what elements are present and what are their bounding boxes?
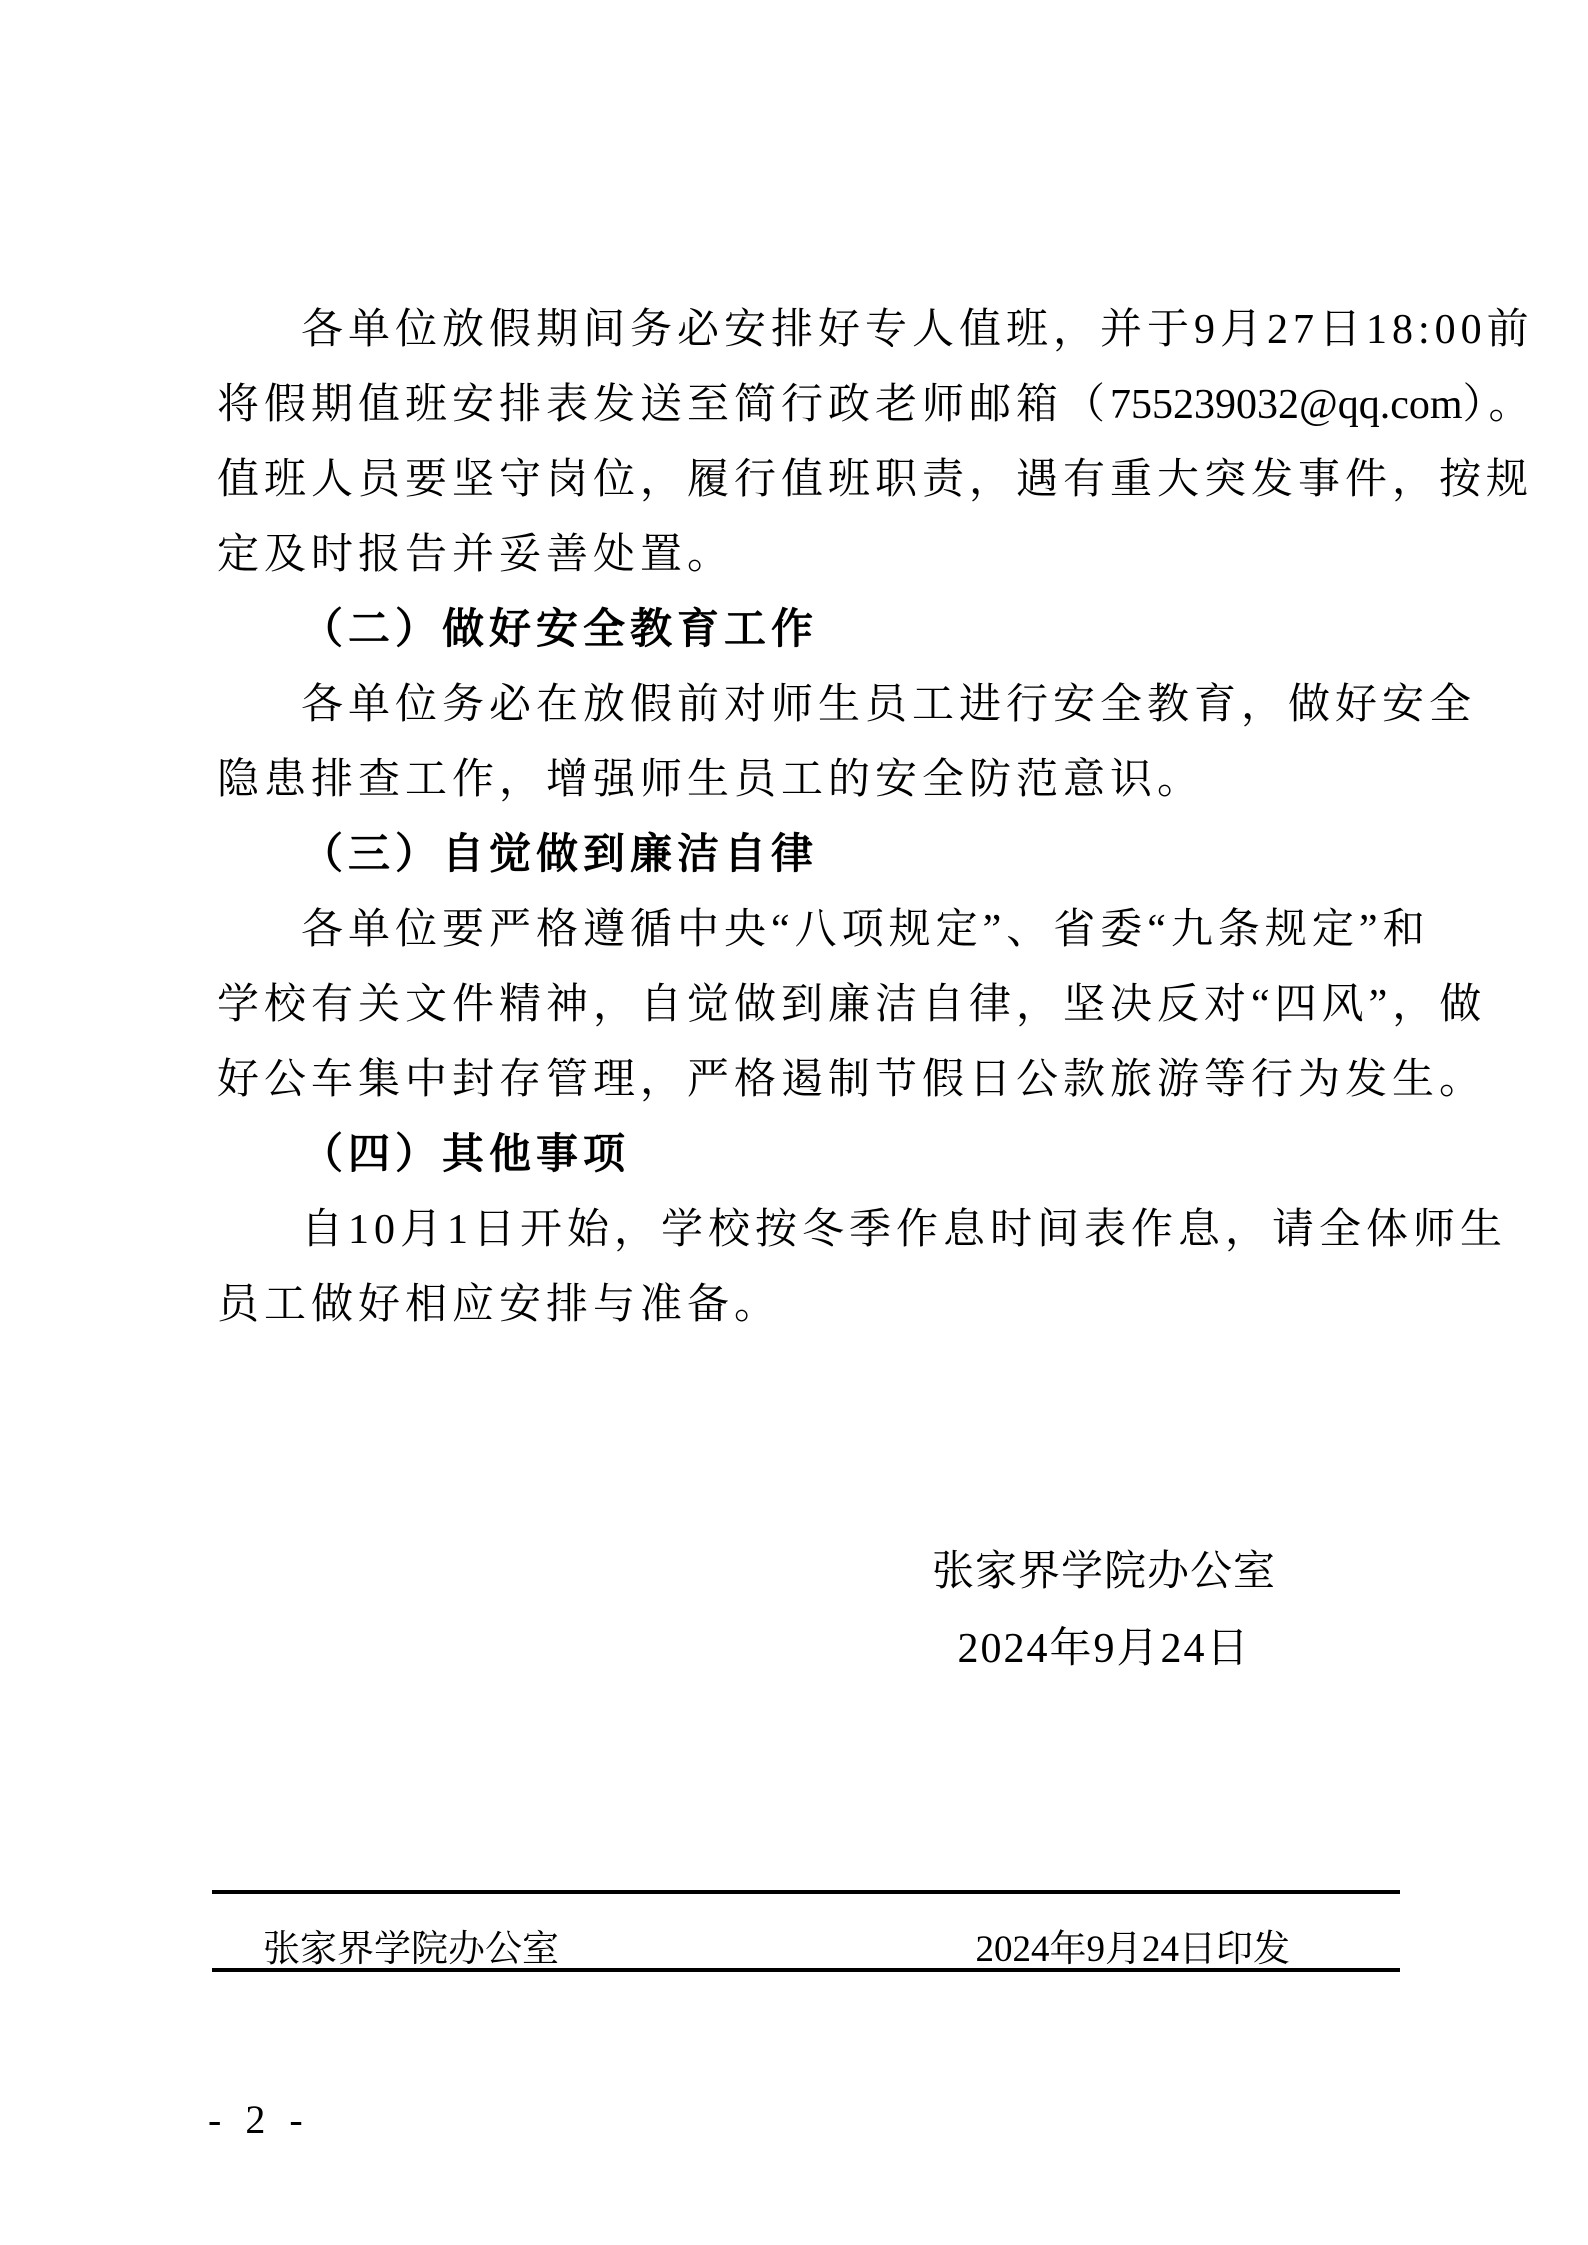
signature-block: 张家界学院办公室 2024年9月24日 <box>930 1534 1278 1688</box>
paragraph-line: 各单位务必在放假前对师生员工进行安全教育，做好安全 <box>217 668 1517 743</box>
section-heading-3: （三）自觉做到廉洁自律 <box>217 818 1517 893</box>
paragraph-line: 定及时报告并妥善处置。 <box>217 518 1517 593</box>
page-number: - 2 - <box>208 2096 310 2143</box>
footer-rule-bottom <box>212 1968 1400 1972</box>
paragraph-line: 各单位放假期间务必安排好专人值班，并于9月27日18:00前 <box>217 293 1517 368</box>
document-page: 各单位放假期间务必安排好专人值班，并于9月27日18:00前 将假期值班安排表发… <box>0 0 1588 2245</box>
paragraph-line: 自10月1日开始，学校按冬季作息时间表作息，请全体师生 <box>217 1193 1517 1268</box>
section-heading-4: （四）其他事项 <box>217 1118 1517 1193</box>
footer-issuer: 张家界学院办公室 <box>263 1918 559 1972</box>
paragraph-line: 隐患排查工作，增强师生员工的安全防范意识。 <box>217 743 1517 818</box>
paragraph-line: 员工做好相应安排与准备。 <box>217 1268 1517 1343</box>
body-text: 各单位放假期间务必安排好专人值班，并于9月27日18:00前 将假期值班安排表发… <box>217 293 1517 1343</box>
paragraph-line: 好公车集中封存管理，严格遏制节假日公款旅游等行为发生。 <box>217 1043 1517 1118</box>
signature-date: 2024年9月24日 <box>930 1611 1278 1688</box>
section-heading-2: （二）做好安全教育工作 <box>217 593 1517 668</box>
line-text-segment: 将假期值班安排表发送至简行政老师邮箱（ <box>217 382 1110 428</box>
paragraph-line: 将假期值班安排表发送至简行政老师邮箱（755239032@qq.com）。 <box>217 368 1517 443</box>
email-address: 755239032@qq.com <box>1110 382 1463 428</box>
signature-org: 张家界学院办公室 <box>930 1534 1278 1611</box>
paragraph-line: 值班人员要坚守岗位，履行值班职责，遇有重大突发事件，按规 <box>217 443 1517 518</box>
footer-rule-top <box>212 1890 1400 1894</box>
footer-print-date: 2024年9月24日印发 <box>976 1918 1291 1972</box>
paragraph-line: 各单位要严格遵循中央“八项规定”、省委“九条规定”和 <box>217 893 1517 968</box>
line-text-segment: ）。 <box>1463 382 1536 428</box>
paragraph-line: 学校有关文件精神，自觉做到廉洁自律，坚决反对“四风”，做 <box>217 968 1517 1043</box>
